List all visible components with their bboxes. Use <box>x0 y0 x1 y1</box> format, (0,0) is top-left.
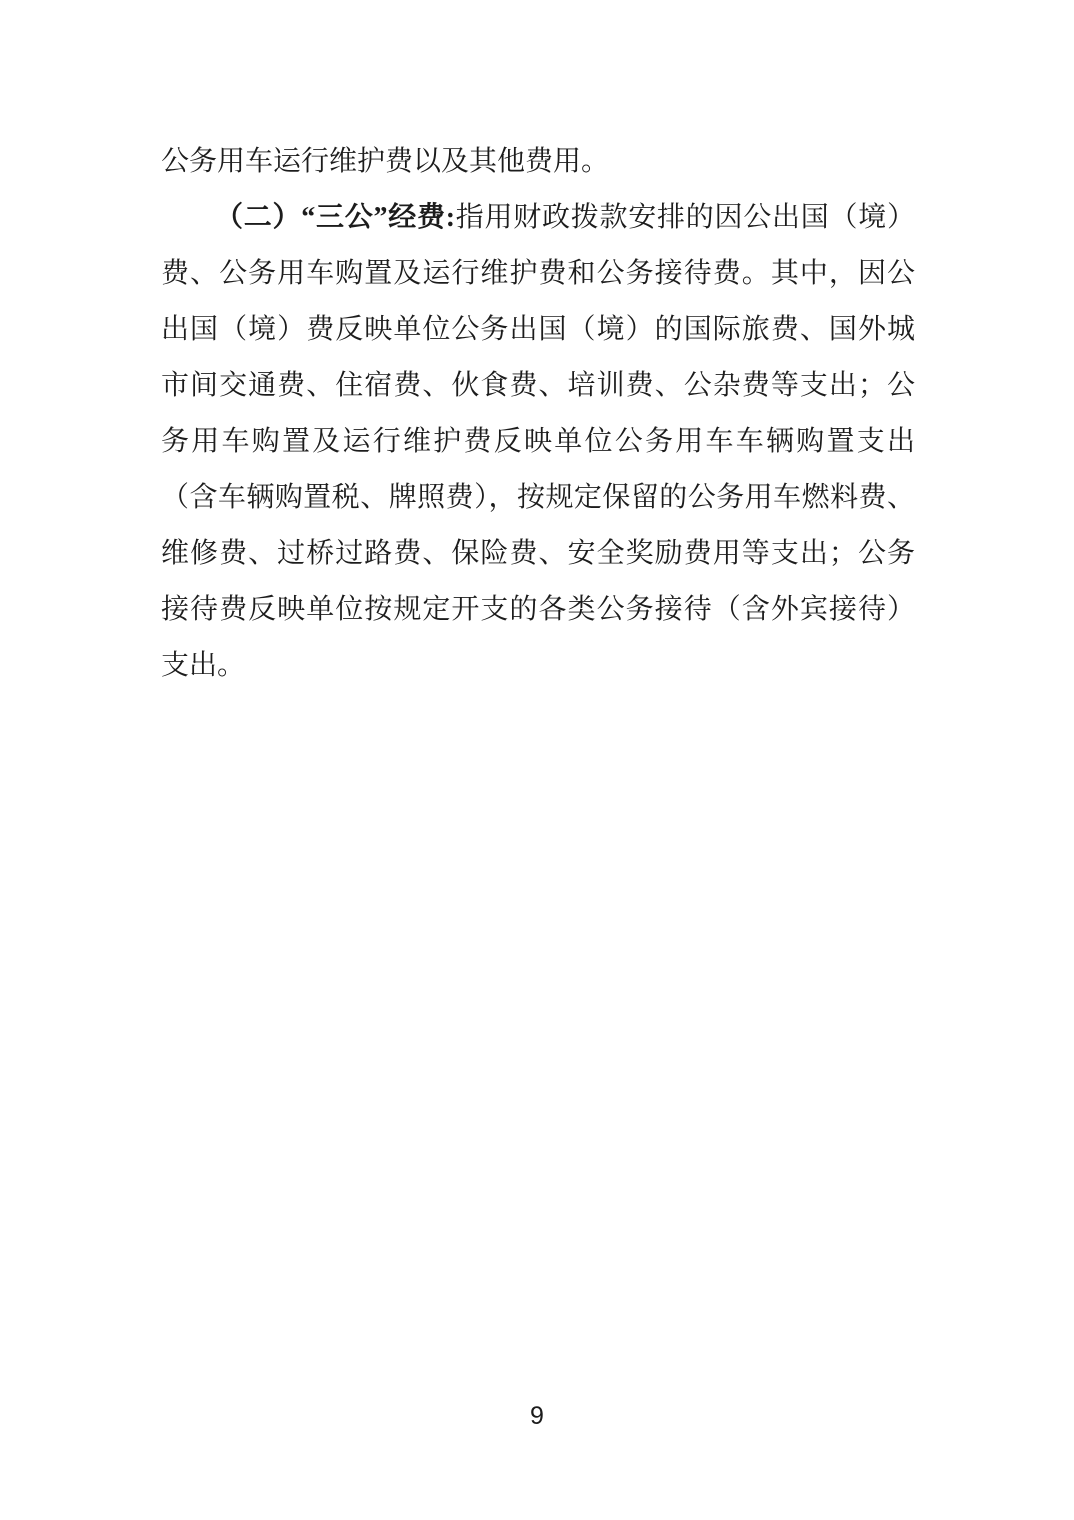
paragraph-2-line-5: 务用车购置及运行维护费反映单位公务用车车辆购置支出 <box>161 414 915 470</box>
paragraph-2-line-7: 维修费、过桥过路费、保险费、安全奖励费用等支出；公务 <box>161 526 915 582</box>
paragraph-1-line-1: 公务用车运行维护费以及其他费用。 <box>161 134 915 190</box>
paragraph-2-line-6: （含车辆购置税、牌照费），按规定保留的公务用车燃料费、 <box>161 470 915 526</box>
paragraph-2-line-8: 接待费反映单位按规定开支的各类公务接待（含外宾接待） <box>161 582 915 638</box>
clause-body-start: 指用财政拨款安排的因公出国（境） <box>455 202 915 233</box>
paragraph-2-line-1: （二）“三公”经费:指用财政拨款安排的因公出国（境） <box>161 190 915 246</box>
paragraph-2-line-3: 出国（境）费反映单位公务出国（境）的国际旅费、国外城 <box>161 302 915 358</box>
paragraph-2-line-2: 费、公务用车购置及运行维护费和公务接待费。其中，因公 <box>161 246 915 302</box>
clause-label: （二）“三公”经费: <box>215 202 455 233</box>
body-text: 公务用车运行维护费以及其他费用。 （二）“三公”经费:指用财政拨款安排的因公出国… <box>161 134 915 694</box>
page-number: 9 <box>0 1402 1074 1431</box>
document-page: 公务用车运行维护费以及其他费用。 （二）“三公”经费:指用财政拨款安排的因公出国… <box>0 0 1074 1520</box>
paragraph-2-line-4: 市间交通费、住宿费、伙食费、培训费、公杂费等支出；公 <box>161 358 915 414</box>
paragraph-2-line-9: 支出。 <box>161 638 915 694</box>
